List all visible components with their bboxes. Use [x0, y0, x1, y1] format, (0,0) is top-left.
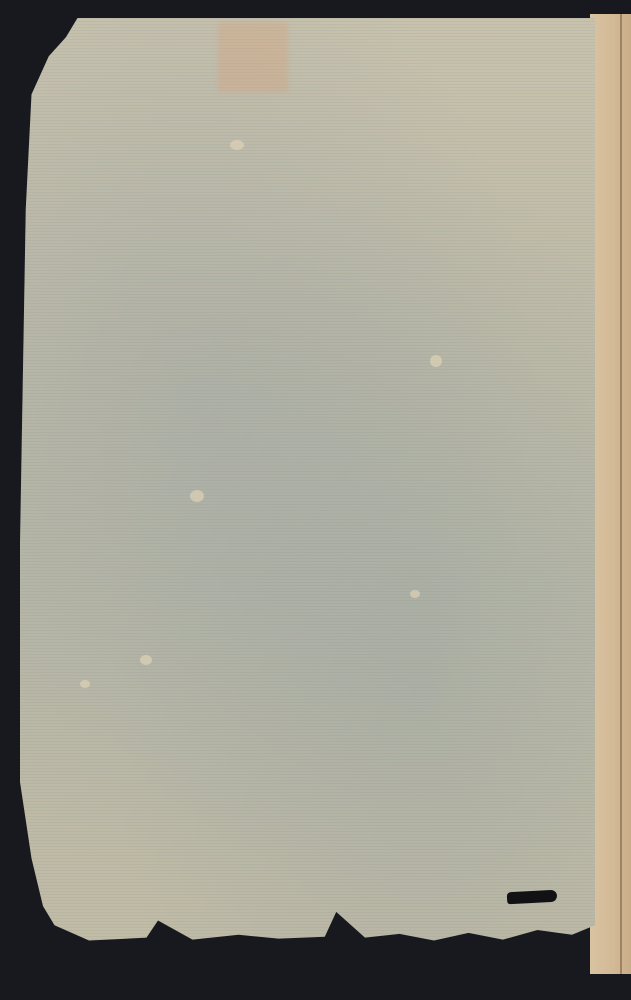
page-edge-line — [620, 14, 622, 974]
paper-fleck — [430, 355, 442, 367]
paper-fleck — [140, 655, 152, 665]
photo-scene — [0, 0, 631, 1000]
paper-leaf — [20, 18, 595, 973]
paper-fleck — [410, 590, 420, 598]
paper-stain — [218, 22, 288, 92]
paper-fleck — [190, 490, 204, 502]
adjacent-page-edge — [590, 14, 631, 974]
paper-fleck — [80, 680, 90, 688]
paper-fleck — [230, 140, 244, 150]
